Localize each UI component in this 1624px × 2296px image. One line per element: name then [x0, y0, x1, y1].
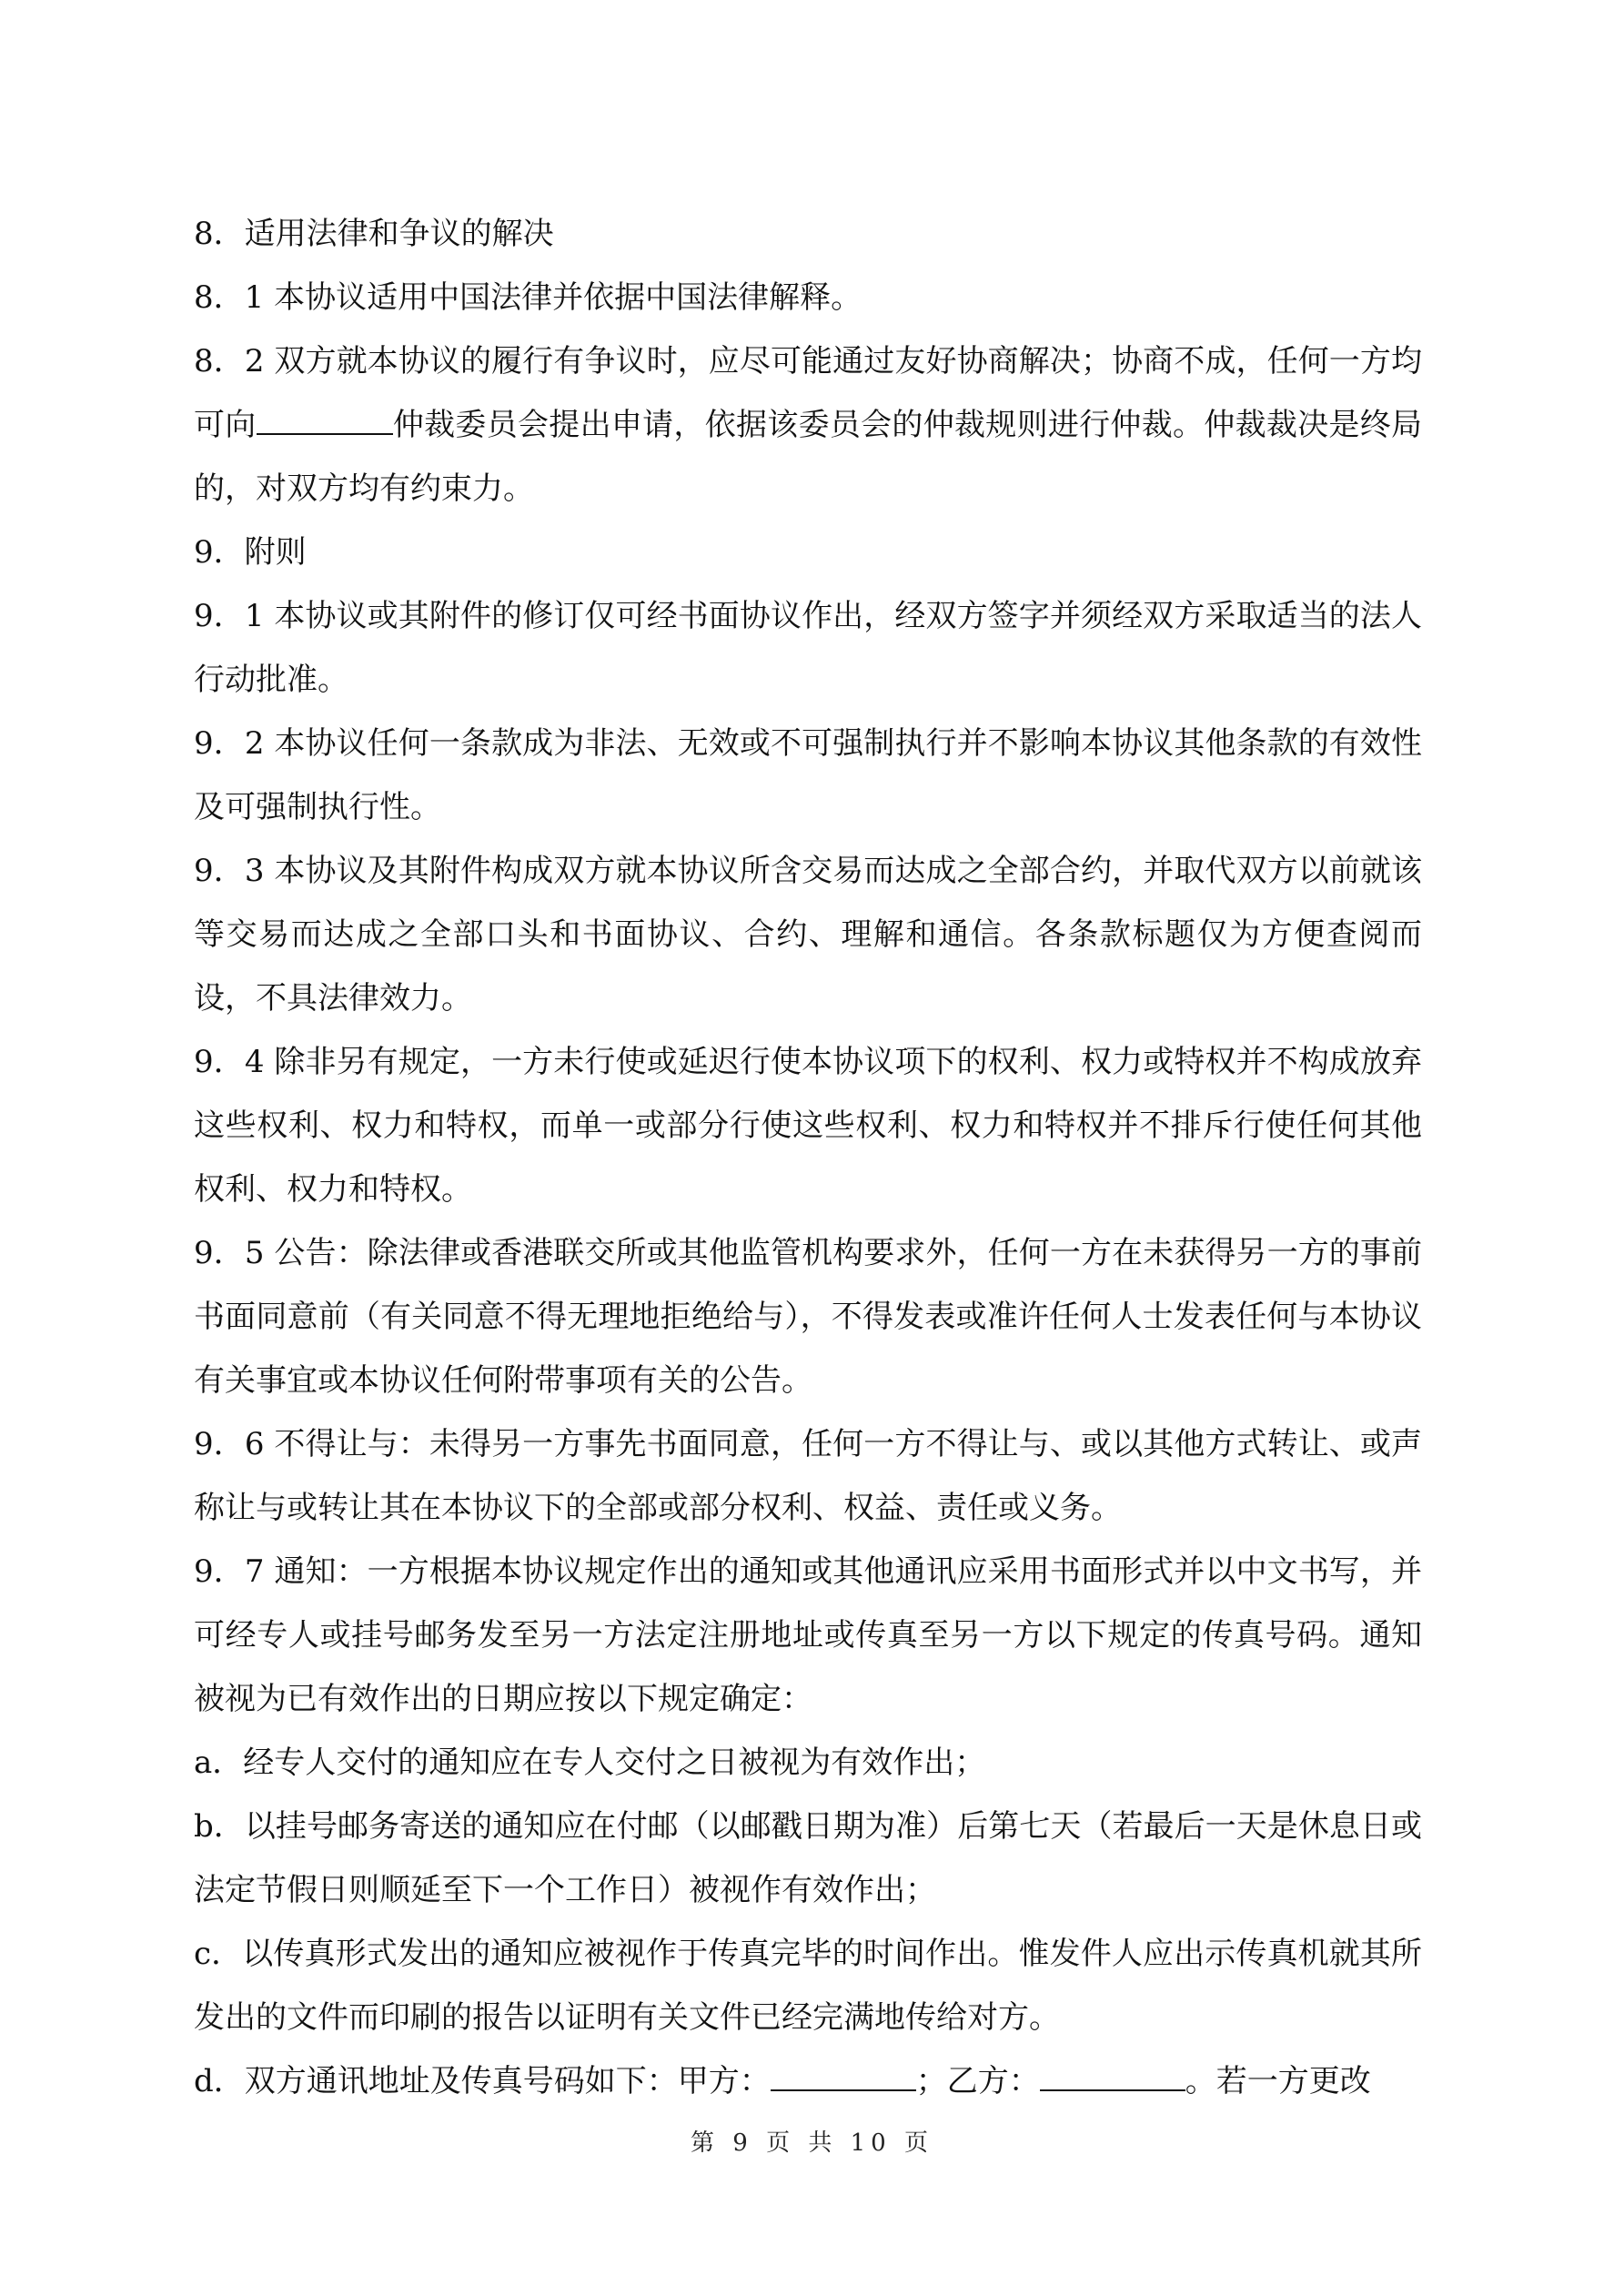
clause-9-2: 9．2 本协议任何一条款成为非法、无效或不可强制执行并不影响本协议其他条款的有效…	[194, 712, 1422, 839]
clause-9-7-c: c．以传真形式发出的通知应被视作于传真完毕的时间作出。惟发件人应出示传真机就其所…	[194, 1922, 1422, 2049]
party-a-contact-blank	[771, 2058, 916, 2091]
document-page: 8．适用法律和争议的解决 8．1 本协议适用中国法律并依据中国法律解释。 8．2…	[0, 0, 1624, 2296]
page-number-footer: 第 9 页 共 10 页	[0, 2124, 1624, 2158]
clause-9-7-d-text-before: d．双方通讯地址及传真号码如下：甲方：	[194, 2063, 771, 2099]
clause-9-7-a: a．经专人交付的通知应在专人交付之日被视为有效作出；	[194, 1731, 1422, 1795]
clause-9-7-d-text-mid: ；乙方：	[916, 2063, 1040, 2099]
section-heading-9: 9．附则	[194, 521, 1422, 584]
clause-9-3: 9．3 本协议及其附件构成双方就本协议所含交易而达成之全部合约，并取代双方以前就…	[194, 839, 1422, 1030]
clause-9-5: 9．5 公告：除法律或香港联交所或其他监管机构要求外，任何一方在未获得另一方的事…	[194, 1221, 1422, 1412]
clause-9-1: 9．1 本协议或其附件的修订仅可经书面协议作出，经双方签字并须经双方采取适当的法…	[194, 584, 1422, 712]
clause-8-1: 8．1 本协议适用中国法律并依据中国法律解释。	[194, 266, 1422, 329]
section-heading-8: 8．适用法律和争议的解决	[194, 202, 1422, 266]
clause-9-7-b: b．以挂号邮务寄送的通知应在付邮（以邮戳日期为准）后第七天（若最后一天是休息日或…	[194, 1795, 1422, 1922]
clause-9-4: 9．4 除非另有规定，一方未行使或延迟行使本协议项下的权利、权力或特权并不构成放…	[194, 1030, 1422, 1221]
clause-9-7: 9．7 通知：一方根据本协议规定作出的通知或其他通讯应采用书面形式并以中文书写，…	[194, 1540, 1422, 1731]
clause-9-7-d-text-after: 。若一方更改	[1185, 2063, 1371, 2099]
arbitration-commission-blank	[257, 402, 393, 435]
clause-9-6: 9．6 不得让与：未得另一方事先书面同意，任何一方不得让与、或以其他方式转让、或…	[194, 1412, 1422, 1540]
party-b-contact-blank	[1040, 2058, 1185, 2091]
clause-9-7-d: d．双方通讯地址及传真号码如下：甲方：；乙方：。若一方更改	[194, 2049, 1422, 2113]
clause-8-2: 8．2 双方就本协议的履行有争议时，应尽可能通过友好协商解决；协商不成，任何一方…	[194, 329, 1422, 521]
document-body: 8．适用法律和争议的解决 8．1 本协议适用中国法律并依据中国法律解释。 8．2…	[194, 202, 1422, 2113]
